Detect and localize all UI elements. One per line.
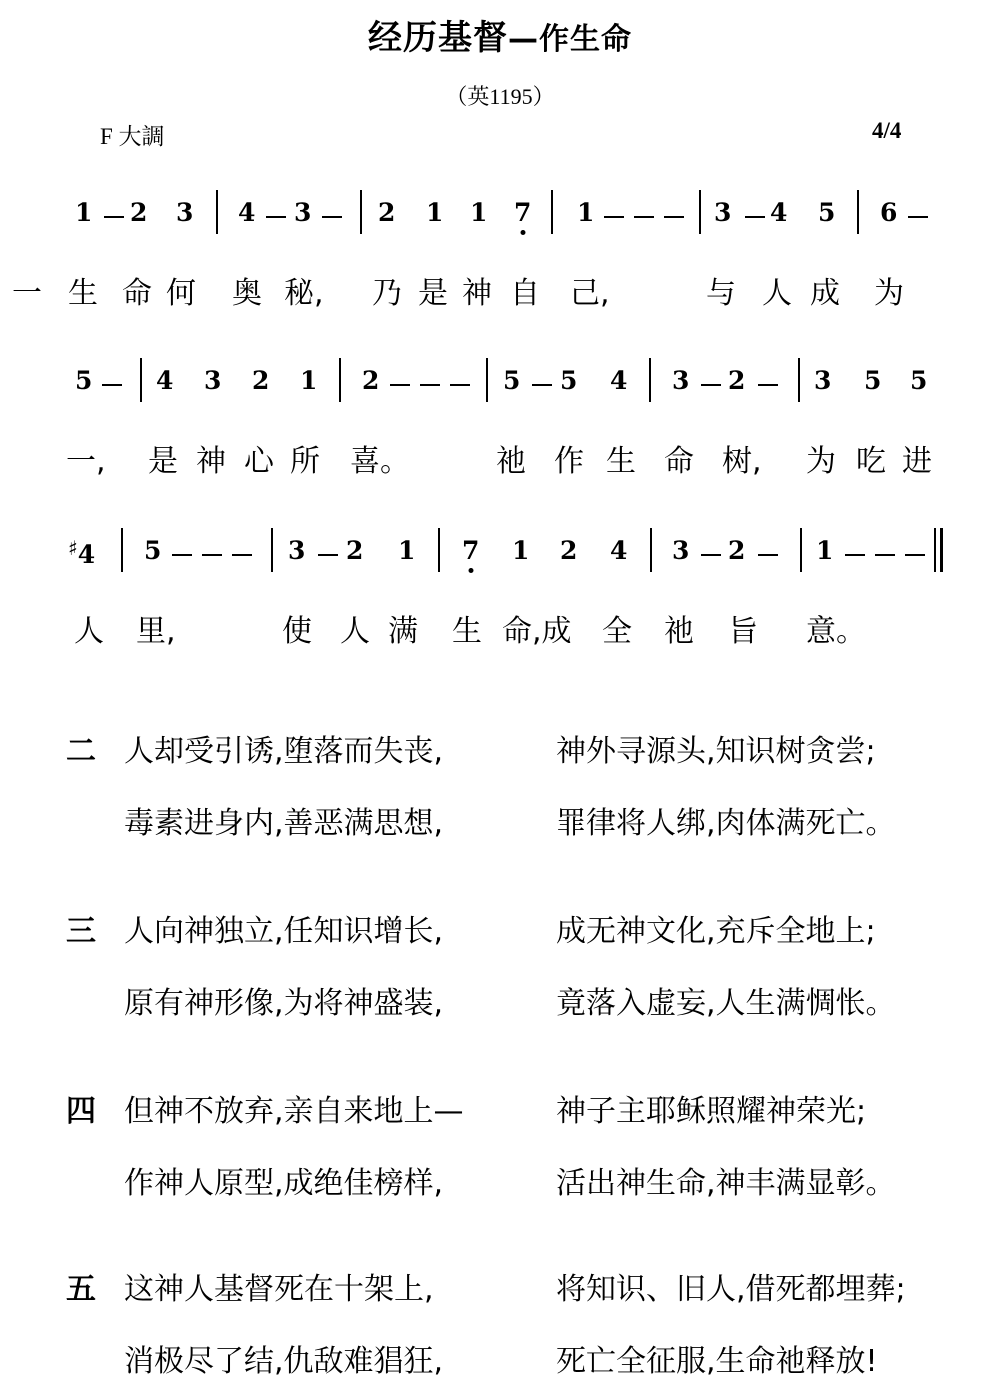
- barline: [339, 358, 341, 402]
- note: 4: [238, 198, 255, 227]
- lyric-syllable: 进: [902, 436, 932, 480]
- lyric-syllable: 人: [74, 606, 104, 650]
- verse-5-line-2a: 消极尽了结,仇敌难猖狂,: [124, 1336, 443, 1380]
- lyric-syllable: 生: [452, 606, 482, 650]
- extension-dash: [845, 554, 865, 556]
- note: 7: [514, 198, 531, 227]
- barline: [649, 358, 651, 402]
- key-signature: F 大調: [100, 118, 165, 151]
- barline: [650, 528, 652, 572]
- barline: [798, 358, 800, 402]
- note: 4: [610, 536, 627, 565]
- lyrics-row-2: 一,是神心所喜。祂作生命树,为吃进: [0, 436, 1000, 476]
- extension-dash: [908, 216, 928, 218]
- lyric-syllable: 全: [602, 606, 632, 650]
- extension-dash: [745, 216, 765, 218]
- verse-3-line-2a: 原有神形像,为将神盛装,: [124, 978, 443, 1022]
- barline: [438, 528, 440, 572]
- extension-dash: [102, 384, 122, 386]
- verse-3-line-2b: 竟落入虚妄,人生满惆怅。: [556, 978, 896, 1022]
- note: 5: [75, 366, 92, 395]
- lyric-syllable: 是: [418, 268, 448, 312]
- lyric-syllable: 满: [388, 606, 418, 650]
- lyric-syllable: 使: [282, 606, 312, 650]
- lyric-syllable: 意。: [806, 606, 866, 650]
- note: 6: [880, 198, 897, 227]
- sharp-icon: ♯: [68, 536, 78, 560]
- lyric-syllable: 生: [606, 436, 636, 480]
- note: 1: [75, 198, 92, 227]
- lyric-syllable: 一: [12, 268, 42, 312]
- lyric-syllable: 神: [196, 436, 226, 480]
- note: 5: [503, 366, 520, 395]
- note: 3: [294, 198, 311, 227]
- barline: [360, 190, 362, 234]
- note: 5: [818, 198, 835, 227]
- verse-5-line-1a: 这神人基督死在十架上,: [124, 1264, 434, 1308]
- extension-dash: [758, 554, 778, 556]
- lyric-syllable: 命: [122, 268, 152, 312]
- note: 5: [144, 536, 161, 565]
- note: 2: [378, 198, 395, 227]
- title-subtitle: —作生命: [508, 22, 632, 57]
- lyric-syllable: 祂: [496, 436, 526, 480]
- note: 2: [728, 536, 745, 565]
- lower-octave-dot: [520, 230, 525, 235]
- lyric-syllable: 秘,: [284, 268, 324, 312]
- extension-dash: [450, 384, 470, 386]
- lyric-syllable: 生: [68, 268, 98, 312]
- extension-dash: [318, 554, 338, 556]
- barline: [800, 528, 802, 572]
- note: 1: [300, 366, 317, 395]
- barline: [486, 358, 488, 402]
- lyric-syllable: 成: [810, 268, 840, 312]
- note: 2: [252, 366, 269, 395]
- lyric-syllable: 作: [554, 436, 584, 480]
- lyric-syllable: 与: [706, 268, 736, 312]
- note: 5: [910, 366, 927, 395]
- barline: [857, 190, 859, 234]
- verse-4-line-2b: 活出神生命,神丰满显彰。: [556, 1158, 896, 1202]
- note: 3: [288, 536, 305, 565]
- note: 3: [176, 198, 193, 227]
- extension-dash: [758, 384, 778, 386]
- note: 3: [672, 366, 689, 395]
- lyrics-row-3: 人里,使人满生命,成全祂旨意。: [0, 606, 1000, 646]
- barline: [216, 190, 218, 234]
- verse-2-line-2b: 罪律将人绑,肉体满死亡。: [556, 798, 896, 842]
- barline: [271, 528, 273, 572]
- extension-dash: [664, 216, 684, 218]
- note: 7: [462, 536, 479, 565]
- extension-dash: [172, 554, 192, 556]
- note: 2: [130, 198, 147, 227]
- verse-2-line-1b: 神外寻源头,知识树贪尝;: [556, 726, 876, 770]
- note: 1: [816, 536, 833, 565]
- notes-row-2: 54321255432355: [0, 366, 1000, 406]
- lyric-syllable: 为: [874, 268, 904, 312]
- lyric-syllable: 里,: [136, 606, 176, 650]
- verse-4-line-1b: 神子主耶稣照耀神荣光;: [556, 1086, 866, 1130]
- note: 2: [346, 536, 363, 565]
- extension-dash: [104, 216, 124, 218]
- notes-row-1: 12343211713456: [0, 198, 1000, 238]
- extension-dash: [634, 216, 654, 218]
- note: 3: [672, 536, 689, 565]
- extension-dash: [266, 216, 286, 218]
- notes-row-3: ♯453217124321: [0, 536, 1000, 576]
- note: 3: [204, 366, 221, 395]
- lyric-syllable: 祂: [664, 606, 694, 650]
- title-main: 经历基督: [368, 18, 508, 58]
- note: 4: [610, 366, 627, 395]
- lyric-syllable: 旨: [728, 606, 758, 650]
- extension-dash: [390, 384, 410, 386]
- lyric-syllable: 何: [166, 268, 196, 312]
- extension-dash: [701, 384, 721, 386]
- lyric-syllable: 命: [664, 436, 694, 480]
- lyric-syllable: 己,: [570, 268, 610, 312]
- extension-dash: [604, 216, 624, 218]
- lyric-syllable: 所: [290, 436, 320, 480]
- lyric-syllable: 乃: [372, 268, 402, 312]
- lyric-syllable: 树,: [722, 436, 762, 480]
- verse-4-line-1a: 但神不放弃,亲自来地上—: [124, 1086, 464, 1130]
- note: 1: [470, 198, 487, 227]
- extension-dash: [420, 384, 440, 386]
- note: 2: [728, 366, 745, 395]
- verse-3-line-1b: 成无神文化,充斥全地上;: [556, 906, 876, 950]
- extension-dash: [322, 216, 342, 218]
- barline: [551, 190, 553, 234]
- note: 4: [156, 366, 173, 395]
- final-barline-thin: [934, 528, 936, 572]
- extension-dash: [232, 554, 252, 556]
- lyric-syllable: 自: [510, 268, 540, 312]
- note: ♯4: [68, 536, 95, 569]
- verse-number-2: 二: [66, 726, 96, 770]
- lyric-syllable: 神: [462, 268, 492, 312]
- lyric-syllable: 是: [148, 436, 178, 480]
- note: 3: [714, 198, 731, 227]
- hymn-number: （英1195）: [0, 80, 1000, 111]
- verse-number-5: 五: [66, 1264, 96, 1308]
- lyric-syllable: 一,: [66, 436, 106, 480]
- verse-5-line-1b: 将知识、旧人,借死都埋葬;: [556, 1264, 906, 1308]
- lyric-syllable: 喜。: [350, 436, 410, 480]
- verse-2-line-1a: 人却受引诱,堕落而失丧,: [124, 726, 443, 770]
- lyric-syllable: 奥: [232, 268, 262, 312]
- verse-4-line-2a: 作神人原型,成绝佳榜样,: [124, 1158, 443, 1202]
- lyric-syllable: 命,成: [502, 606, 572, 650]
- verse-3-line-1a: 人向神独立,任知识增长,: [124, 906, 443, 950]
- lyric-syllable: 吃: [856, 436, 886, 480]
- extension-dash: [905, 554, 925, 556]
- time-signature: 4/4: [872, 118, 901, 144]
- extension-dash: [202, 554, 222, 556]
- lyrics-row-1: 一生命何奥秘,乃是神自己,与人成为: [0, 268, 1000, 308]
- verse-5-line-2b: 死亡全征服,生命祂释放!: [556, 1336, 878, 1380]
- verse-number-4: 四: [66, 1086, 96, 1130]
- note: 4: [770, 198, 787, 227]
- note: 5: [560, 366, 577, 395]
- note: 5: [864, 366, 881, 395]
- lyric-syllable: 人: [762, 268, 792, 312]
- final-barline: [940, 528, 943, 572]
- verse-2-line-2a: 毒素进身内,善恶满思想,: [124, 798, 443, 842]
- barline: [140, 358, 142, 402]
- lyric-syllable: 为: [806, 436, 836, 480]
- page-title: 经历基督—作生命: [0, 10, 1000, 59]
- verse-number-3: 三: [66, 906, 96, 950]
- lyric-syllable: 心: [244, 436, 274, 480]
- extension-dash: [532, 384, 552, 386]
- note: 2: [560, 536, 577, 565]
- lyric-syllable: 人: [340, 606, 370, 650]
- note: 1: [512, 536, 529, 565]
- lower-octave-dot: [468, 568, 473, 573]
- note: 1: [426, 198, 443, 227]
- extension-dash: [701, 554, 721, 556]
- note: 3: [814, 366, 831, 395]
- extension-dash: [875, 554, 895, 556]
- note: 1: [398, 536, 415, 565]
- note: 2: [362, 366, 379, 395]
- barline: [121, 528, 123, 572]
- note: 1: [577, 198, 594, 227]
- barline: [699, 190, 701, 234]
